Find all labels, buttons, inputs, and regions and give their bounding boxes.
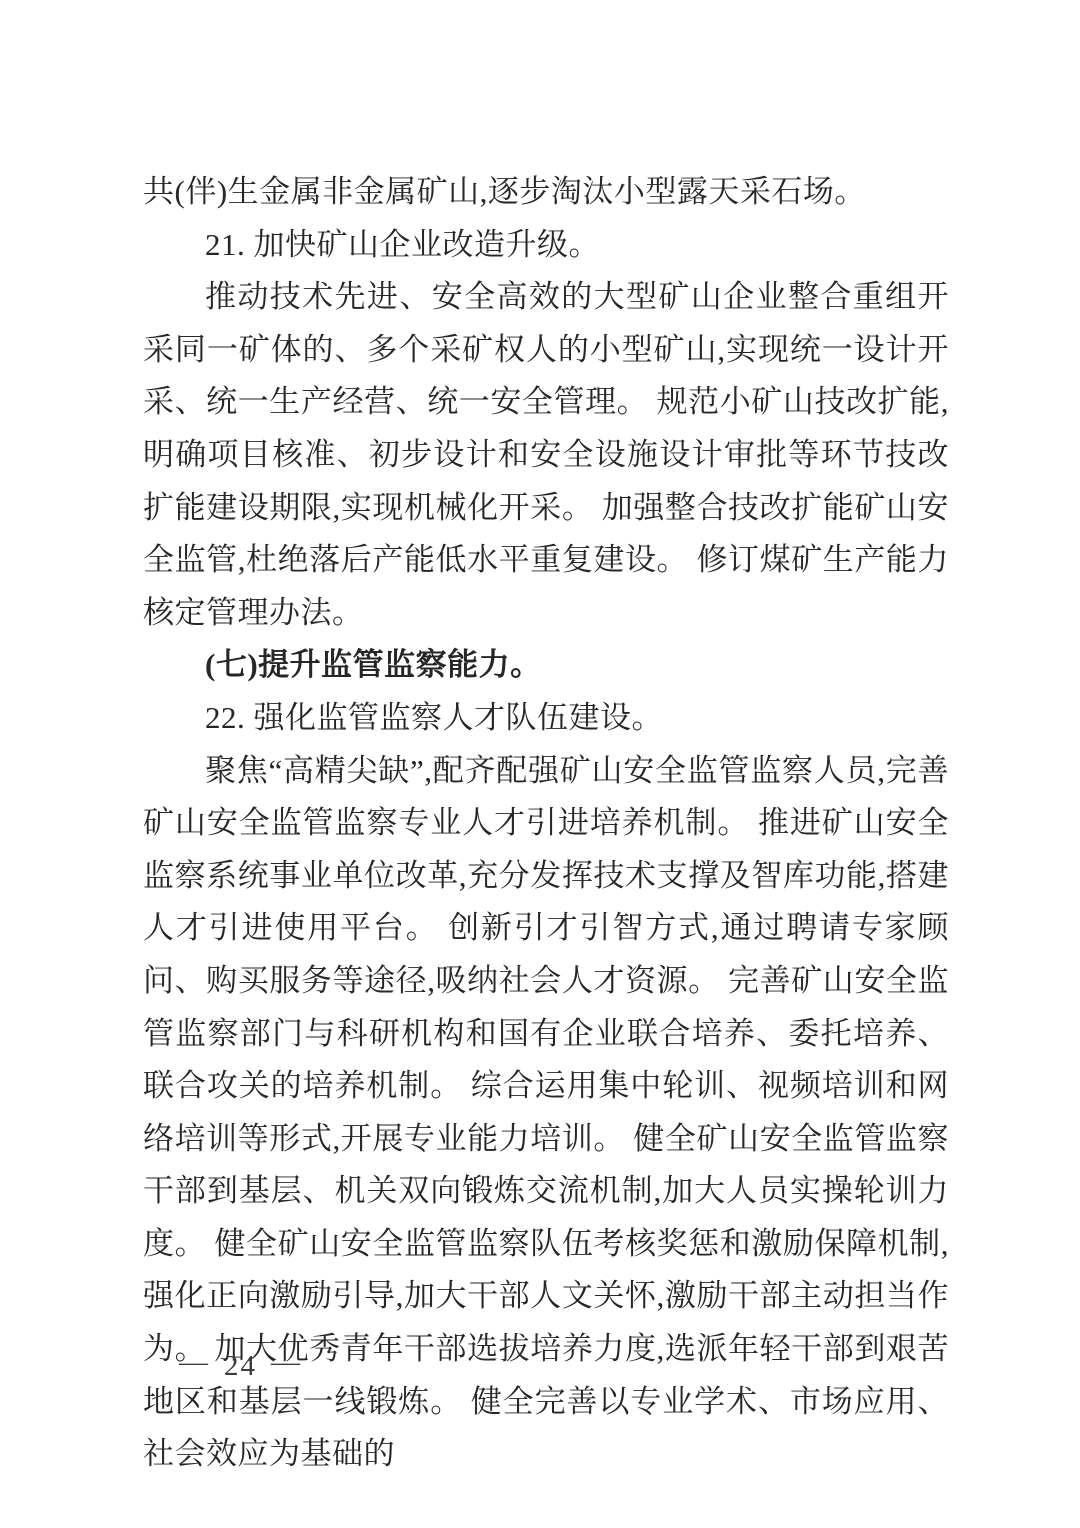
page-number-footer: —24— [165,1350,316,1383]
document-page: 共(伴)生金属非金属矿山,逐步淘汰小型露天采石场。 21. 加快矿山企业改造升级… [0,0,1080,1528]
heading-item-22: 22. 强化监管监察人才队伍建设。 [143,692,949,745]
document-body: 共(伴)生金属非金属矿山,逐步淘汰小型露天采石场。 21. 加快矿山企业改造升级… [143,166,949,1481]
page-number: 24 [224,1350,257,1382]
heading-section-7: (七)提升监管监察能力。 [143,639,949,692]
paragraph-continuation: 共(伴)生金属非金属矿山,逐步淘汰小型露天采石场。 [143,166,949,219]
heading-item-21: 21. 加快矿山企业改造升级。 [143,219,949,272]
footer-right-dash: — [271,1346,302,1379]
paragraph-item-21-body: 推动技术先进、安全高效的大型矿山企业整合重组开采同一矿体的、多个采矿权人的小型矿… [143,271,949,639]
footer-left-dash: — [179,1346,210,1379]
